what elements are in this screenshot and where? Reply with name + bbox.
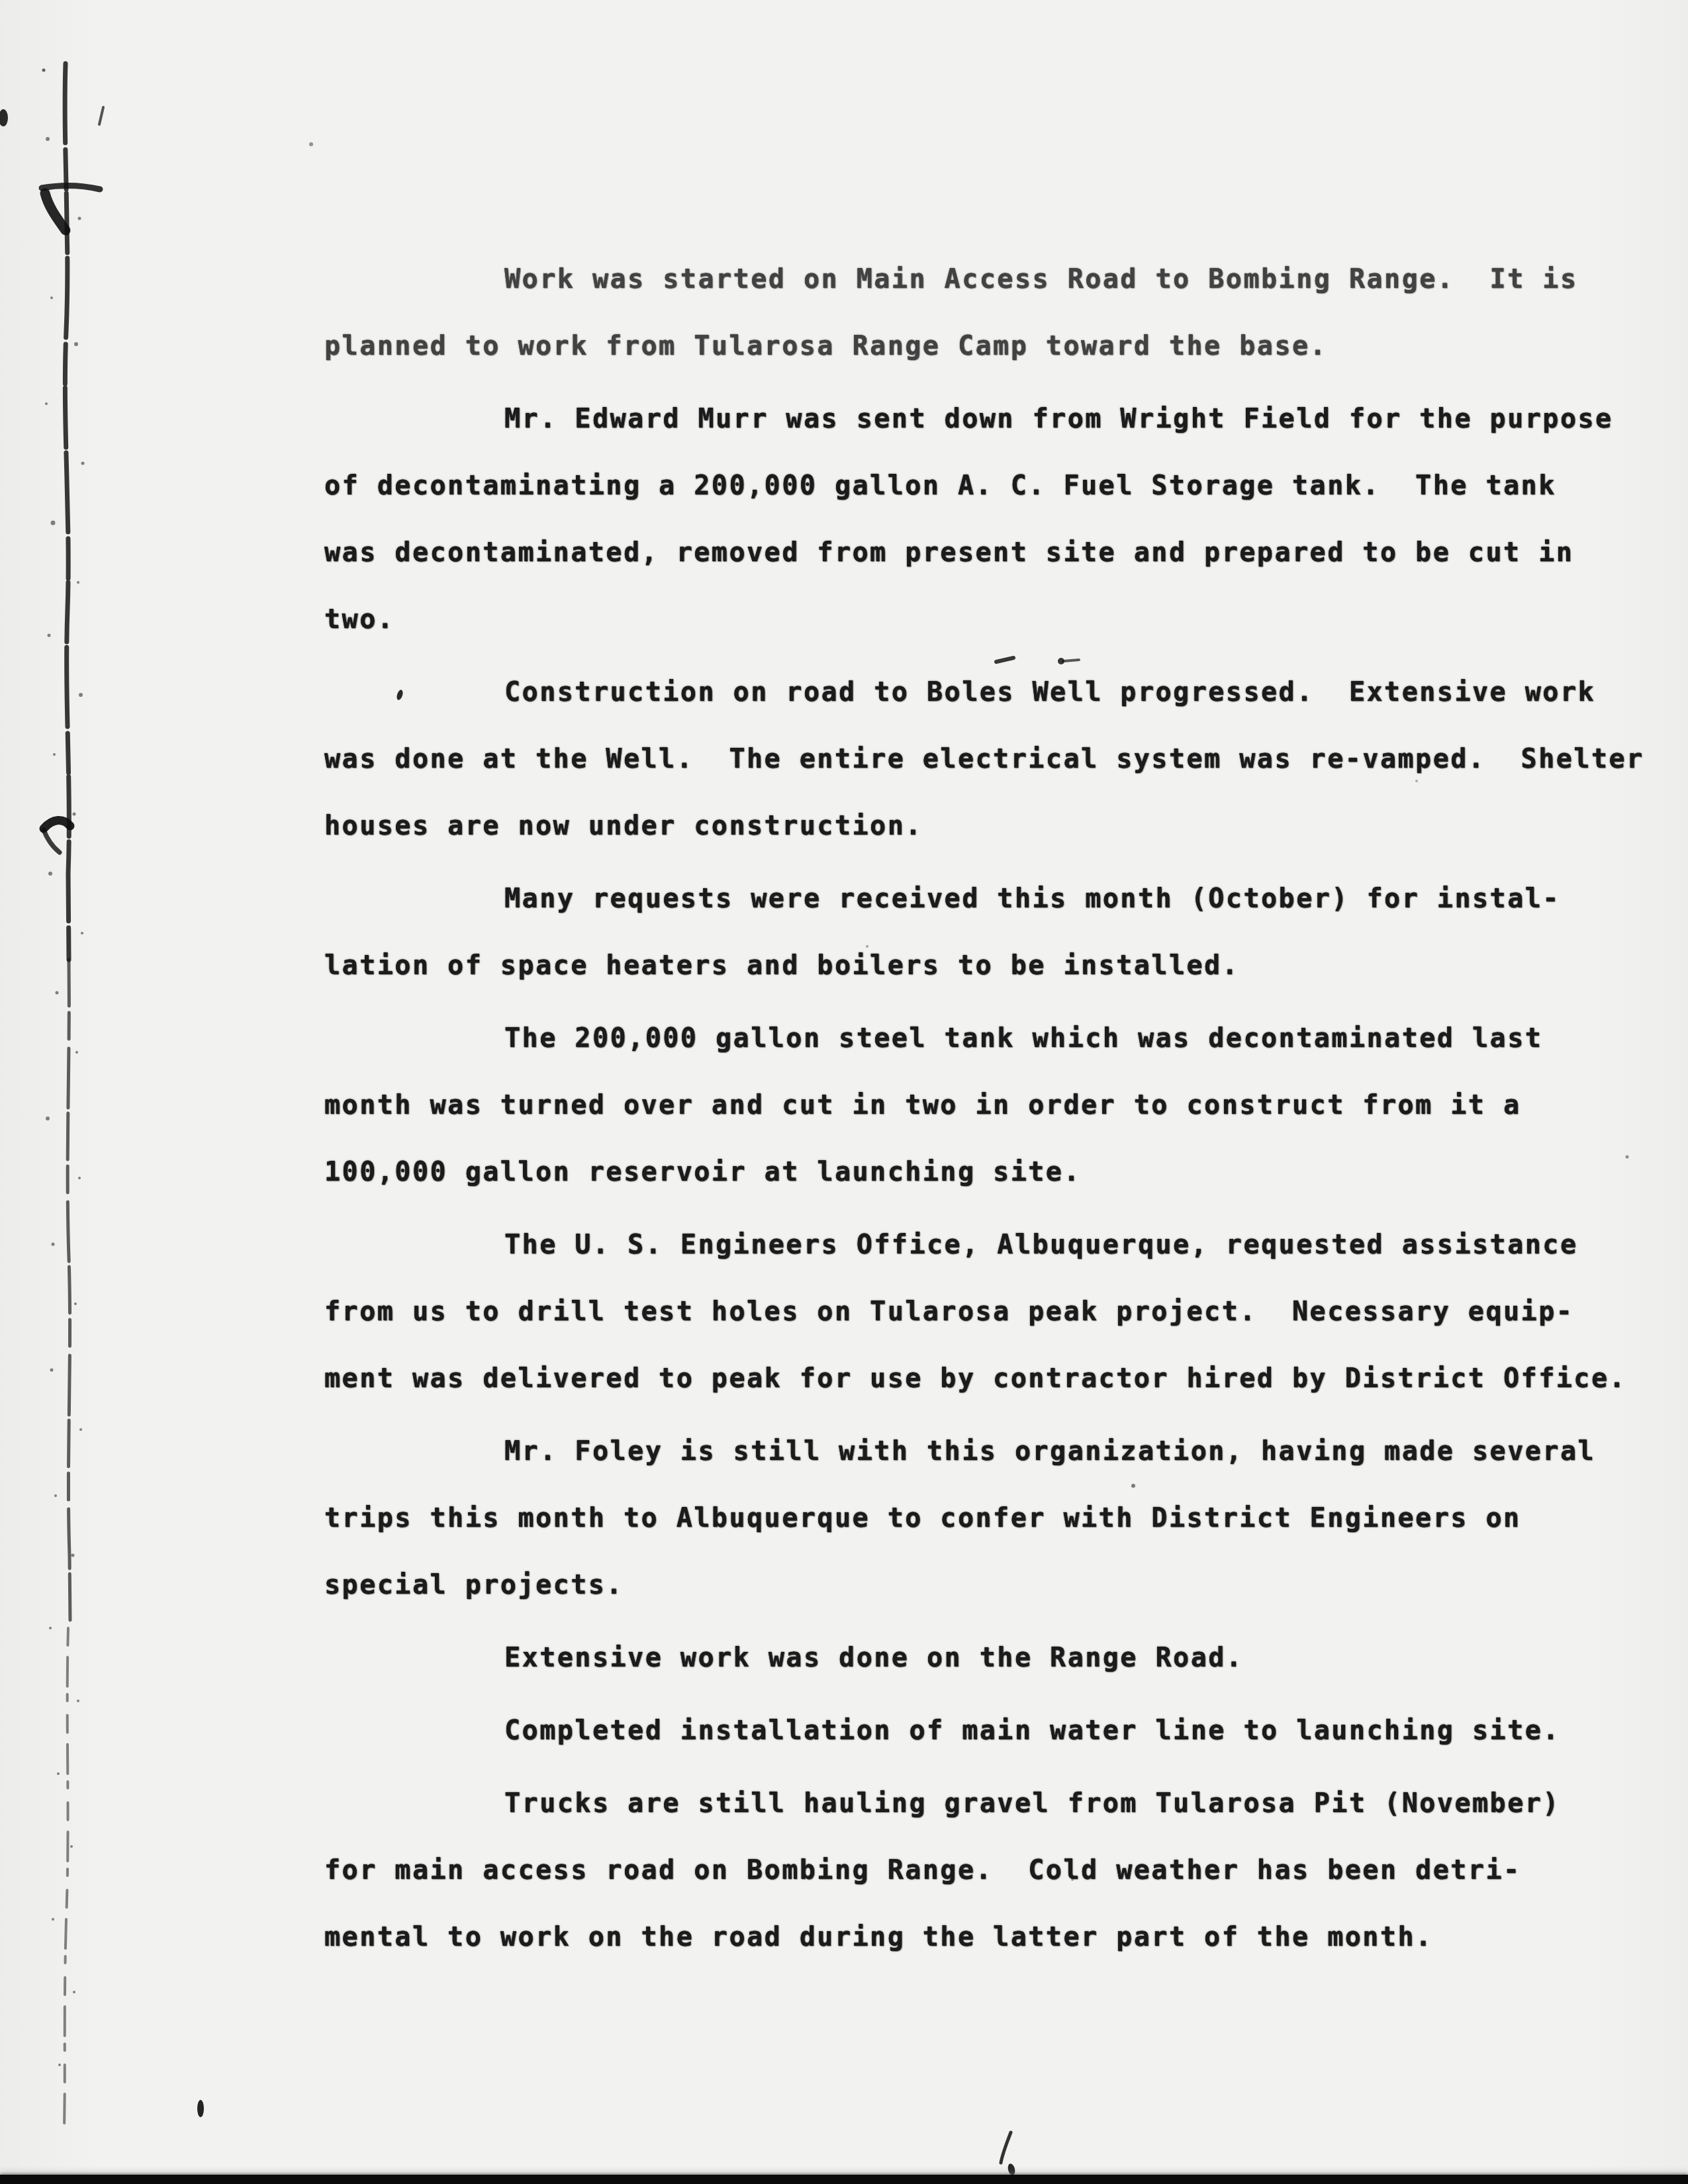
document-line: Extensive work was done on the Range Roa… [324,1625,1675,1692]
document-line: Mr. Edward Murr was sent down from Wrigh… [324,386,1675,453]
document-line: was done at the Well. The entire electri… [324,726,1675,793]
document-line: Mr. Foley is still with this organizatio… [324,1418,1675,1485]
document-line: Trucks are still hauling gravel from Tul… [324,1770,1675,1837]
document-line: special projects. [324,1552,1675,1619]
document-line: month was turned over and cut in two in … [324,1072,1675,1139]
document-line: Completed installation of main water lin… [324,1698,1675,1764]
document-line: 100,000 gallon reservoir at launching si… [324,1139,1675,1206]
document-line: from us to drill test holes on Tularosa … [324,1279,1675,1345]
document-line: mental to work on the road during the la… [324,1904,1675,1971]
ink-blot-upper-left [0,69,313,231]
document-line: two. [324,586,1675,653]
left-scan-streak [45,64,85,2128]
document-line: Many requests were received this month (… [324,866,1675,933]
document-line: The U. S. Engineers Office, Albuquerque,… [324,1212,1675,1279]
document-line: of decontaminating a 200,000 gallon A. C… [324,453,1675,520]
ink-marks-bottom [197,2100,1016,2176]
bottom-scan-bar [0,2175,1688,2184]
document-line: Work was started on Main Access Road to … [324,246,1675,313]
document-line: trips this month to Albuquerque to confe… [324,1485,1675,1552]
document-line: was decontaminated, removed from present… [324,520,1675,586]
document-line: houses are now under construction. [324,793,1675,860]
document-body: Work was started on Main Access Road to … [324,240,1675,1971]
document-line: lation of space heaters and boilers to b… [324,933,1675,999]
ink-blot-mid-left [44,820,70,852]
document-page: Work was started on Main Access Road to … [0,0,1688,2184]
document-line: The 200,000 gallon steel tank which was … [324,1005,1675,1072]
document-line: Construction on road to Boles Well progr… [324,659,1675,726]
document-line: for main access road on Bombing Range. C… [324,1837,1675,1904]
document-line: ment was delivered to peak for use by co… [324,1345,1675,1412]
document-line: planned to work from Tularosa Range Camp… [324,313,1675,380]
